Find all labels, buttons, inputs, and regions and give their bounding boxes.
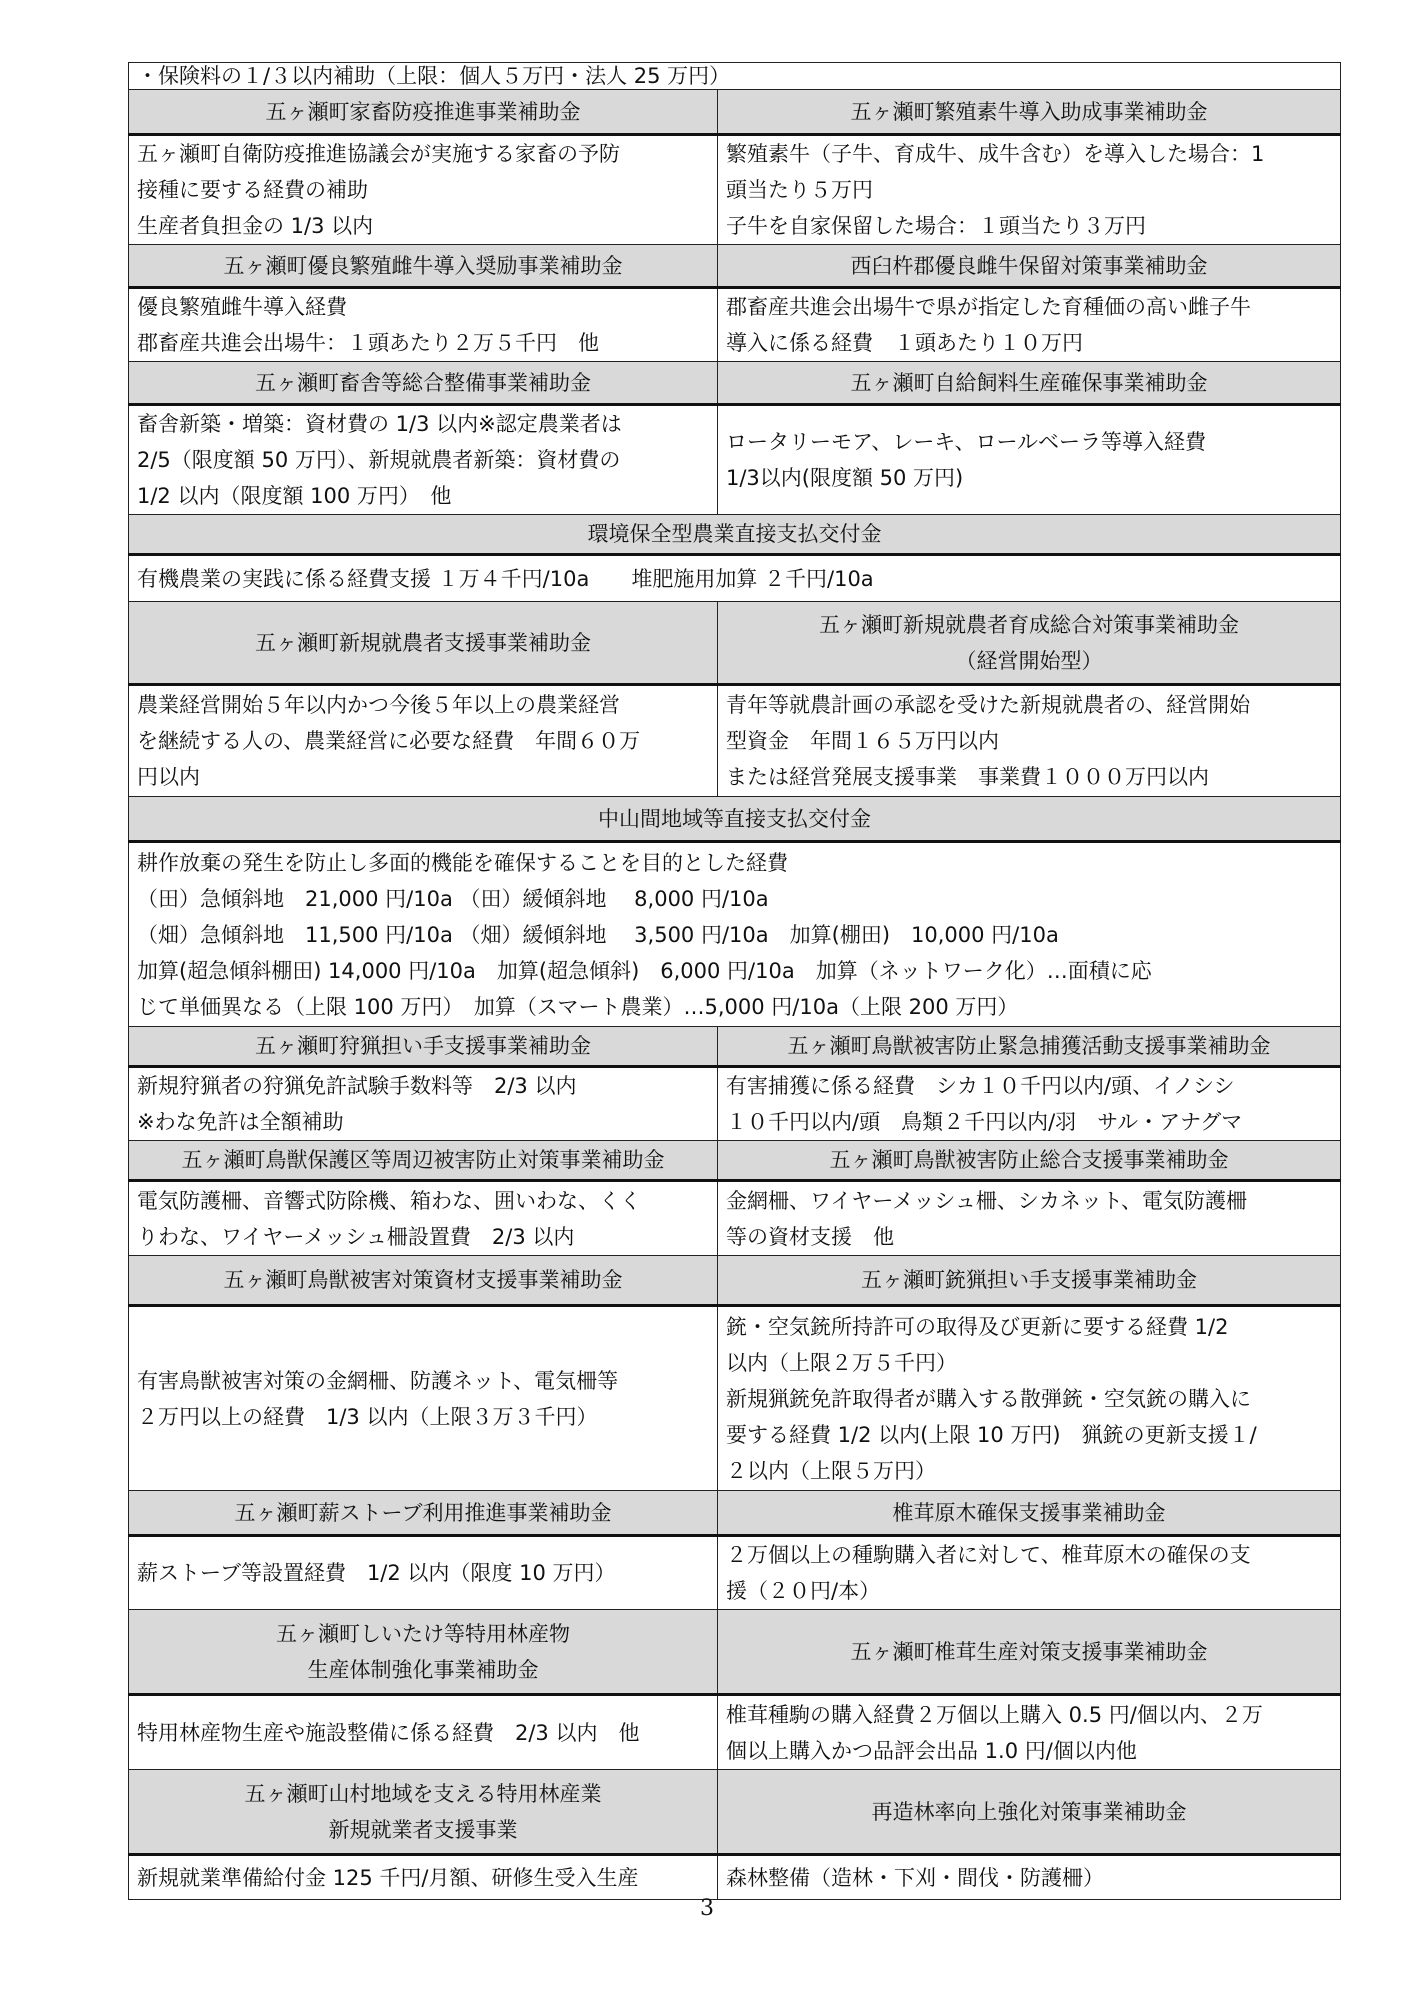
program-detail-line: （畑）急傾斜地 11,500 円/10a （畑）緩傾斜地 3,500 円/10a… [137, 917, 1332, 953]
program-detail-left: 新規就業準備給付金 125 千円/月額、研修生受入生産 [129, 1855, 718, 1900]
program-title-row: 中山間地域等直接支払交付金 [129, 797, 1341, 842]
program-detail-line: 等の資材支援 他 [726, 1219, 1332, 1255]
program-detail-line: 郡畜産共進会出場牛で県が指定した育種価の高い雌子牛 [726, 289, 1332, 325]
program-detail-line: 薪ストーブ等設置経費 1/2 以内（限度 10 万円） [137, 1555, 709, 1591]
program-detail-right: 郡畜産共進会出場牛で県が指定した育種価の高い雌子牛導入に係る経費 １頭あたり１０… [718, 288, 1341, 362]
program-title-line: 五ヶ瀬町鳥獣保護区等周辺被害防止対策事業補助金 [137, 1142, 709, 1178]
program-detail-line: 繁殖素牛（子牛、育成牛、成牛含む）を導入した場合：1 [726, 136, 1332, 172]
program-detail-line: 接種に要する経費の補助 [137, 172, 709, 208]
program-detail-left: 畜舎新築・増築：資材費の 1/3 以内※認定農業者は2/5（限度額 50 万円）… [129, 405, 718, 515]
program-detail-line: じて単価異なる（上限 100 万円） 加算（スマート農業）…5,000 円/10… [137, 989, 1332, 1025]
program-detail-line: 有害鳥獣被害対策の金網柵、防護ネット、電気柵等 [137, 1363, 709, 1399]
program-title-row: 五ヶ瀬町鳥獣被害対策資材支援事業補助金五ヶ瀬町銃猟担い手支援事業補助金 [129, 1256, 1341, 1306]
program-detail-line: 新規猟銃免許取得者が購入する散弾銃・空気銃の購入に [726, 1381, 1332, 1417]
program-title-line: 生産体制強化事業補助金 [137, 1652, 709, 1688]
program-detail-line: ロータリーモア、レーキ、ロールベーラ等導入経費 [726, 424, 1332, 460]
program-detail-right: ２万個以上の種駒購入者に対して、椎茸原木の確保の支援（２０円/本） [718, 1536, 1341, 1610]
program-detail-line: 青年等就農計画の承認を受けた新規就農者の、経営開始 [726, 687, 1332, 723]
program-title-line: 五ヶ瀬町鳥獣被害防止緊急捕獲活動支援事業補助金 [726, 1028, 1332, 1064]
program-title-line: 中山間地域等直接支払交付金 [137, 801, 1332, 837]
subsidy-table: ・保険料の１/３以内補助（上限：個人５万円・法人 25 万円） 五ヶ瀬町家畜防疫… [128, 62, 1341, 1900]
program-detail-row: 新規狩猟者の狩猟免許試験手数料等 2/3 以内※わな免許は全額補助有害捕獲に係る… [129, 1067, 1341, 1141]
program-title-right: 再造林率向上強化対策事業補助金 [718, 1770, 1341, 1855]
program-detail-right: 銃・空気銃所持許可の取得及び更新に要する経費 1/2以内（上限２万５千円）新規猟… [718, 1306, 1341, 1491]
program-title-line: 五ヶ瀬町銃猟担い手支援事業補助金 [726, 1262, 1332, 1298]
program-title-left: 五ヶ瀬町鳥獣保護区等周辺被害防止対策事業補助金 [129, 1141, 718, 1181]
program-title-line: 五ヶ瀬町しいたけ等特用林産物 [137, 1616, 709, 1652]
program-title-left: 五ヶ瀬町山村地域を支える特用林産業新規就業者支援事業 [129, 1770, 718, 1855]
program-detail-line: ２万円以上の経費 1/3 以内（上限３万３千円） [137, 1399, 709, 1435]
program-title: 中山間地域等直接支払交付金 [129, 797, 1341, 842]
program-title-row: 五ヶ瀬町鳥獣保護区等周辺被害防止対策事業補助金五ヶ瀬町鳥獣被害防止総合支援事業補… [129, 1141, 1341, 1181]
program-detail-row: 農業経営開始５年以内かつ今後５年以上の農業経営を継続する人の、農業経営に必要な経… [129, 685, 1341, 797]
program-detail-row: 五ヶ瀬町自衛防疫推進協議会が実施する家畜の予防接種に要する経費の補助生産者負担金… [129, 135, 1341, 245]
program-title-right: 椎茸原木確保支援事業補助金 [718, 1491, 1341, 1536]
program-detail-line: りわな、ワイヤーメッシュ柵設置費 2/3 以内 [137, 1219, 709, 1255]
program-title-line: 五ヶ瀬町自給飼料生産確保事業補助金 [726, 365, 1332, 401]
program-detail-line: （田）急傾斜地 21,000 円/10a （田）緩傾斜地 8,000 円/10a [137, 881, 1332, 917]
program-detail-line: または経営発展支援事業 事業費１０００万円以内 [726, 759, 1332, 795]
program-detail-line: ２万個以上の種駒購入者に対して、椎茸原木の確保の支 [726, 1537, 1332, 1573]
program-title-left: 五ヶ瀬町新規就農者支援事業補助金 [129, 602, 718, 685]
program-title-line: 五ヶ瀬町狩猟担い手支援事業補助金 [137, 1028, 709, 1064]
program-title-line: 五ヶ瀬町鳥獣被害防止総合支援事業補助金 [726, 1142, 1332, 1178]
program-detail-line: 金網柵、ワイヤーメッシュ柵、シカネット、電気防護柵 [726, 1183, 1332, 1219]
program-title-right: 五ヶ瀬町新規就農者育成総合対策事業補助金（経営開始型） [718, 602, 1341, 685]
program-detail-left: 優良繁殖雌牛導入経費郡畜産共進会出場牛：１頭あたり２万５千円 他 [129, 288, 718, 362]
program-detail-line: 五ヶ瀬町自衛防疫推進協議会が実施する家畜の予防 [137, 136, 709, 172]
program-title-row: 五ヶ瀬町狩猟担い手支援事業補助金五ヶ瀬町鳥獣被害防止緊急捕獲活動支援事業補助金 [129, 1027, 1341, 1067]
program-detail-line: 要する経費 1/2 以内(上限 10 万円) 猟銃の更新支援１/ [726, 1417, 1332, 1453]
program-detail-line: 援（２０円/本） [726, 1573, 1332, 1609]
program-detail-row: 有機農業の実践に係る経費支援 １万４千円/10a 堆肥施用加算 ２千円/10a [129, 555, 1341, 602]
program-title-line: 五ヶ瀬町鳥獣被害対策資材支援事業補助金 [137, 1262, 709, 1298]
program-detail-row: 優良繁殖雌牛導入経費郡畜産共進会出場牛：１頭あたり２万５千円 他郡畜産共進会出場… [129, 288, 1341, 362]
program-detail-row: 新規就業準備給付金 125 千円/月額、研修生受入生産森林整備（造林・下刈・間伐… [129, 1855, 1341, 1900]
program-detail-line: １０千円以内/頭 鳥類２千円以内/羽 サル・アナグマ [726, 1104, 1332, 1140]
program-title-left: 五ヶ瀬町鳥獣被害対策資材支援事業補助金 [129, 1256, 718, 1306]
program-detail-line: 椎茸種駒の購入経費２万個以上購入 0.5 円/個以内、２万 [726, 1697, 1332, 1733]
program-detail-right: 金網柵、ワイヤーメッシュ柵、シカネット、電気防護柵等の資材支援 他 [718, 1181, 1341, 1256]
program-title-line: （経営開始型） [726, 643, 1332, 679]
program-title-line: 環境保全型農業直接支払交付金 [137, 516, 1332, 552]
program-detail-row: 特用林産物生産や施設整備に係る経費 2/3 以内 他椎茸種駒の購入経費２万個以上… [129, 1695, 1341, 1770]
program-detail-line: ※わな免許は全額補助 [137, 1104, 709, 1140]
program-detail-line: 以内（上限２万５千円） [726, 1345, 1332, 1381]
program-title-left: 五ヶ瀬町しいたけ等特用林産物生産体制強化事業補助金 [129, 1610, 718, 1695]
insurance-note: ・保険料の１/３以内補助（上限：個人５万円・法人 25 万円） [129, 63, 1341, 90]
program-detail-line: 子牛を自家保留した場合：１頭当たり３万円 [726, 208, 1332, 244]
program-detail-line: 頭当たり５万円 [726, 172, 1332, 208]
program-detail-line: を継続する人の、農業経営に必要な経費 年間６０万 [137, 723, 709, 759]
program-title-line: 五ヶ瀬町畜舎等総合整備事業補助金 [137, 365, 709, 401]
program-detail-row: 耕作放棄の発生を防止し多面的機能を確保することを目的とした経費（田）急傾斜地 2… [129, 842, 1341, 1027]
program-title-line: 五ヶ瀬町薪ストーブ利用推進事業補助金 [137, 1495, 709, 1531]
program-detail-line: 電気防護柵、音響式防除機、箱わな、囲いわな、くく [137, 1183, 709, 1219]
program-title-line: 五ヶ瀬町繁殖素牛導入助成事業補助金 [726, 94, 1332, 130]
program-detail-line: 型資金 年間１６５万円以内 [726, 723, 1332, 759]
program-detail-left: 五ヶ瀬町自衛防疫推進協議会が実施する家畜の予防接種に要する経費の補助生産者負担金… [129, 135, 718, 245]
program-title-right: 西臼杵郡優良雌牛保留対策事業補助金 [718, 245, 1341, 288]
program-detail-right: 青年等就農計画の承認を受けた新規就農者の、経営開始型資金 年間１６５万円以内また… [718, 685, 1341, 797]
program-detail-line: 森林整備（造林・下刈・間伐・防護柵） [726, 1860, 1332, 1896]
program-detail-left: 農業経営開始５年以内かつ今後５年以上の農業経営を継続する人の、農業経営に必要な経… [129, 685, 718, 797]
program-detail-line: 新規就業準備給付金 125 千円/月額、研修生受入生産 [137, 1860, 709, 1896]
program-detail-left: 新規狩猟者の狩猟免許試験手数料等 2/3 以内※わな免許は全額補助 [129, 1067, 718, 1141]
program-detail-line: 銃・空気銃所持許可の取得及び更新に要する経費 1/2 [726, 1309, 1332, 1345]
program-title-line: 五ヶ瀬町椎茸生産対策支援事業補助金 [726, 1634, 1332, 1670]
program-detail-line: 2/5（限度額 50 万円）、新規就農者新築：資材費の [137, 442, 709, 478]
program-detail-line: 生産者負担金の 1/3 以内 [137, 208, 709, 244]
program-detail-line: 個以上購入かつ品評会出品 1.0 円/個以内他 [726, 1733, 1332, 1769]
program-title-line: 五ヶ瀬町新規就農者育成総合対策事業補助金 [726, 607, 1332, 643]
program-detail-line: 1/3以内(限度額 50 万円) [726, 460, 1332, 496]
program-title-line: 五ヶ瀬町新規就農者支援事業補助金 [137, 625, 709, 661]
program-title-row: 五ヶ瀬町しいたけ等特用林産物生産体制強化事業補助金五ヶ瀬町椎茸生産対策支援事業補… [129, 1610, 1341, 1695]
program-title-left: 五ヶ瀬町家畜防疫推進事業補助金 [129, 90, 718, 135]
program-title-right: 五ヶ瀬町鳥獣被害防止総合支援事業補助金 [718, 1141, 1341, 1181]
program-detail-left: 特用林産物生産や施設整備に係る経費 2/3 以内 他 [129, 1695, 718, 1770]
program-detail-right: 繁殖素牛（子牛、育成牛、成牛含む）を導入した場合：1頭当たり５万円子牛を自家保留… [718, 135, 1341, 245]
program-detail-line: 特用林産物生産や施設整備に係る経費 2/3 以内 他 [137, 1715, 709, 1751]
program-title-left: 五ヶ瀬町畜舎等総合整備事業補助金 [129, 362, 718, 405]
program-detail: 耕作放棄の発生を防止し多面的機能を確保することを目的とした経費（田）急傾斜地 2… [129, 842, 1341, 1027]
program-detail-right: 有害捕獲に係る経費 シカ１０千円以内/頭、イノシシ１０千円以内/頭 鳥類２千円以… [718, 1067, 1341, 1141]
program-detail-row: 薪ストーブ等設置経費 1/2 以内（限度 10 万円）２万個以上の種駒購入者に対… [129, 1536, 1341, 1610]
program-detail-line: 有害捕獲に係る経費 シカ１０千円以内/頭、イノシシ [726, 1068, 1332, 1104]
program-detail-line: 有機農業の実践に係る経費支援 １万４千円/10a 堆肥施用加算 ２千円/10a [137, 561, 1332, 597]
program-title-left: 五ヶ瀬町狩猟担い手支援事業補助金 [129, 1027, 718, 1067]
program-detail: 有機農業の実践に係る経費支援 １万４千円/10a 堆肥施用加算 ２千円/10a [129, 555, 1341, 602]
program-title-row: 五ヶ瀬町家畜防疫推進事業補助金五ヶ瀬町繁殖素牛導入助成事業補助金 [129, 90, 1341, 135]
program-title-right: 五ヶ瀬町銃猟担い手支援事業補助金 [718, 1256, 1341, 1306]
program-detail-line: 導入に係る経費 １頭あたり１０万円 [726, 325, 1332, 361]
insurance-note-row: ・保険料の１/３以内補助（上限：個人５万円・法人 25 万円） [129, 63, 1341, 90]
program-title-row: 五ヶ瀬町薪ストーブ利用推進事業補助金椎茸原木確保支援事業補助金 [129, 1491, 1341, 1536]
program-title-line: 五ヶ瀬町家畜防疫推進事業補助金 [137, 94, 709, 130]
program-detail-line: 優良繁殖雌牛導入経費 [137, 289, 709, 325]
program-detail-left: 電気防護柵、音響式防除機、箱わな、囲いわな、くくりわな、ワイヤーメッシュ柵設置費… [129, 1181, 718, 1256]
program-detail-row: 電気防護柵、音響式防除機、箱わな、囲いわな、くくりわな、ワイヤーメッシュ柵設置費… [129, 1181, 1341, 1256]
program-detail-left: 有害鳥獣被害対策の金網柵、防護ネット、電気柵等２万円以上の経費 1/3 以内（上… [129, 1306, 718, 1491]
program-title-right: 五ヶ瀬町繁殖素牛導入助成事業補助金 [718, 90, 1341, 135]
program-title-right: 五ヶ瀬町椎茸生産対策支援事業補助金 [718, 1610, 1341, 1695]
program-detail-row: 有害鳥獣被害対策の金網柵、防護ネット、電気柵等２万円以上の経費 1/3 以内（上… [129, 1306, 1341, 1491]
page-number: 3 [0, 1896, 1414, 1921]
program-detail-line: 郡畜産共進会出場牛：１頭あたり２万５千円 他 [137, 325, 709, 361]
program-detail-right: ロータリーモア、レーキ、ロールベーラ等導入経費1/3以内(限度額 50 万円) [718, 405, 1341, 515]
program-title-row: 五ヶ瀬町山村地域を支える特用林産業新規就業者支援事業再造林率向上強化対策事業補助… [129, 1770, 1341, 1855]
program-detail-line: 円以内 [137, 759, 709, 795]
program-title-row: 五ヶ瀬町優良繁殖雌牛導入奨励事業補助金西臼杵郡優良雌牛保留対策事業補助金 [129, 245, 1341, 288]
program-detail-line: 新規狩猟者の狩猟免許試験手数料等 2/3 以内 [137, 1068, 709, 1104]
program-title-right: 五ヶ瀬町鳥獣被害防止緊急捕獲活動支援事業補助金 [718, 1027, 1341, 1067]
program-title-line: 西臼杵郡優良雌牛保留対策事業補助金 [726, 248, 1332, 284]
program-detail-line: 1/2 以内（限度額 100 万円） 他 [137, 478, 709, 514]
program-title-line: 再造林率向上強化対策事業補助金 [726, 1794, 1332, 1830]
program-title-left: 五ヶ瀬町優良繁殖雌牛導入奨励事業補助金 [129, 245, 718, 288]
program-title-line: 五ヶ瀬町山村地域を支える特用林産業 [137, 1776, 709, 1812]
program-title-line: 五ヶ瀬町優良繁殖雌牛導入奨励事業補助金 [137, 248, 709, 284]
program-title-row: 環境保全型農業直接支払交付金 [129, 515, 1341, 555]
program-detail-line: ２以内（上限５万円） [726, 1453, 1332, 1489]
program-detail-line: 耕作放棄の発生を防止し多面的機能を確保することを目的とした経費 [137, 845, 1332, 881]
program-title-row: 五ヶ瀬町新規就農者支援事業補助金五ヶ瀬町新規就農者育成総合対策事業補助金（経営開… [129, 602, 1341, 685]
program-title-right: 五ヶ瀬町自給飼料生産確保事業補助金 [718, 362, 1341, 405]
program-detail-row: 畜舎新築・増築：資材費の 1/3 以内※認定農業者は2/5（限度額 50 万円）… [129, 405, 1341, 515]
program-detail-left: 薪ストーブ等設置経費 1/2 以内（限度 10 万円） [129, 1536, 718, 1610]
program-title-line: 椎茸原木確保支援事業補助金 [726, 1495, 1332, 1531]
document-page: ・保険料の１/３以内補助（上限：個人５万円・法人 25 万円） 五ヶ瀬町家畜防疫… [0, 0, 1414, 2000]
program-title-line: 新規就業者支援事業 [137, 1812, 709, 1848]
program-detail-line: 畜舎新築・増築：資材費の 1/3 以内※認定農業者は [137, 406, 709, 442]
program-title-row: 五ヶ瀬町畜舎等総合整備事業補助金五ヶ瀬町自給飼料生産確保事業補助金 [129, 362, 1341, 405]
program-detail-right: 森林整備（造林・下刈・間伐・防護柵） [718, 1855, 1341, 1900]
program-detail-line: 加算(超急傾斜棚田) 14,000 円/10a 加算(超急傾斜) 6,000 円… [137, 953, 1332, 989]
program-detail-line: 農業経営開始５年以内かつ今後５年以上の農業経営 [137, 687, 709, 723]
program-title-left: 五ヶ瀬町薪ストーブ利用推進事業補助金 [129, 1491, 718, 1536]
program-detail-right: 椎茸種駒の購入経費２万個以上購入 0.5 円/個以内、２万個以上購入かつ品評会出… [718, 1695, 1341, 1770]
program-title: 環境保全型農業直接支払交付金 [129, 515, 1341, 555]
